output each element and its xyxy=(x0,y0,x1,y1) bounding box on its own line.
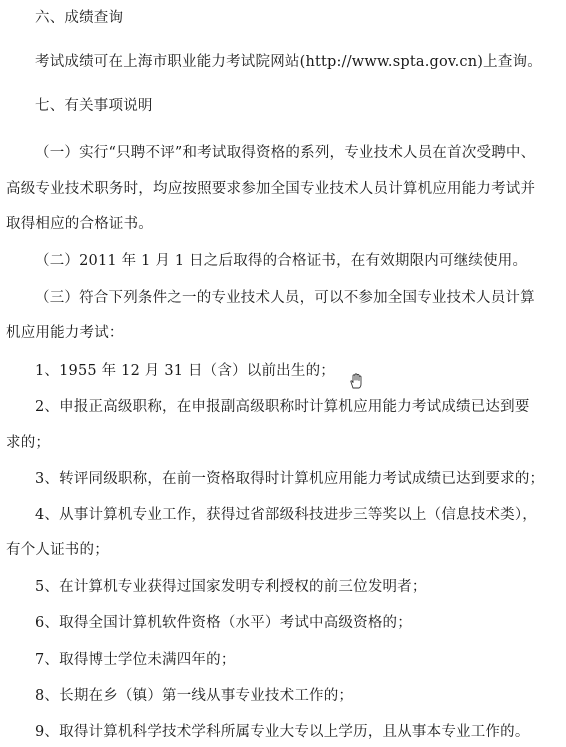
condition-7: 7、取得博士学位未满四年的； xyxy=(35,651,236,669)
paragraph-item-3-line-1: （三）符合下列条件之一的专业技术人员，可以不参加全国专业技术人员计算 xyxy=(35,289,535,307)
condition-2-line-2: 求的； xyxy=(6,434,50,452)
paragraph-item-3-line-2: 机应用能力考试： xyxy=(6,324,124,342)
paragraph-item-1-line-1: （一）实行“只聘不评”和考试取得资格的系列，专业技术人员在首次受聘中、 xyxy=(35,144,535,162)
condition-6: 6、取得全国计算机软件资格（水平）考试中高级资格的； xyxy=(35,614,412,632)
paragraph-item-1-line-2: 高级专业技术职务时，均应按照要求参加全国专业技术人员计算机应用能力考试并 xyxy=(6,180,535,198)
condition-2-line-1: 2、申报正高级职称，在申报副高级职称时计算机应用能力考试成绩已达到要 xyxy=(35,398,530,416)
condition-4-line-2: 有个人证书的； xyxy=(6,541,109,559)
condition-3: 3、转评同级职称，在前一资格取得时计算机应用能力考试成绩已达到要求的； xyxy=(35,470,544,488)
paragraph-item-1-line-3: 取得相应的合格证书。 xyxy=(6,215,153,233)
hand-pointer-icon xyxy=(349,373,363,389)
paragraph-item-2: （二）2011 年 1 月 1 日之后取得的合格证书，在有效期限内可继续使用。 xyxy=(35,252,527,270)
section-heading-results-query: 六、成绩查询 xyxy=(35,9,123,27)
condition-8: 8、长期在乡（镇）第一线从事专业技术工作的； xyxy=(35,687,353,705)
condition-1: 1、1955 年 12 月 31 日（含）以前出生的； xyxy=(35,362,335,380)
condition-5: 5、在计算机专业获得过国家发明专利授权的前三位发明者； xyxy=(35,578,427,596)
condition-9: 9、取得计算机科学技术学科所属专业大专以上学历，且从事本专业工作的。 xyxy=(35,723,530,741)
results-query-text: 考试成绩可在上海市职业能力考试院网站(http://www.spta.gov.c… xyxy=(35,53,542,71)
condition-4-line-1: 4、从事计算机专业工作，获得过省部级科技进步三等奖以上（信息技术类）， xyxy=(35,506,537,524)
section-heading-notes: 七、有关事项说明 xyxy=(35,97,153,115)
